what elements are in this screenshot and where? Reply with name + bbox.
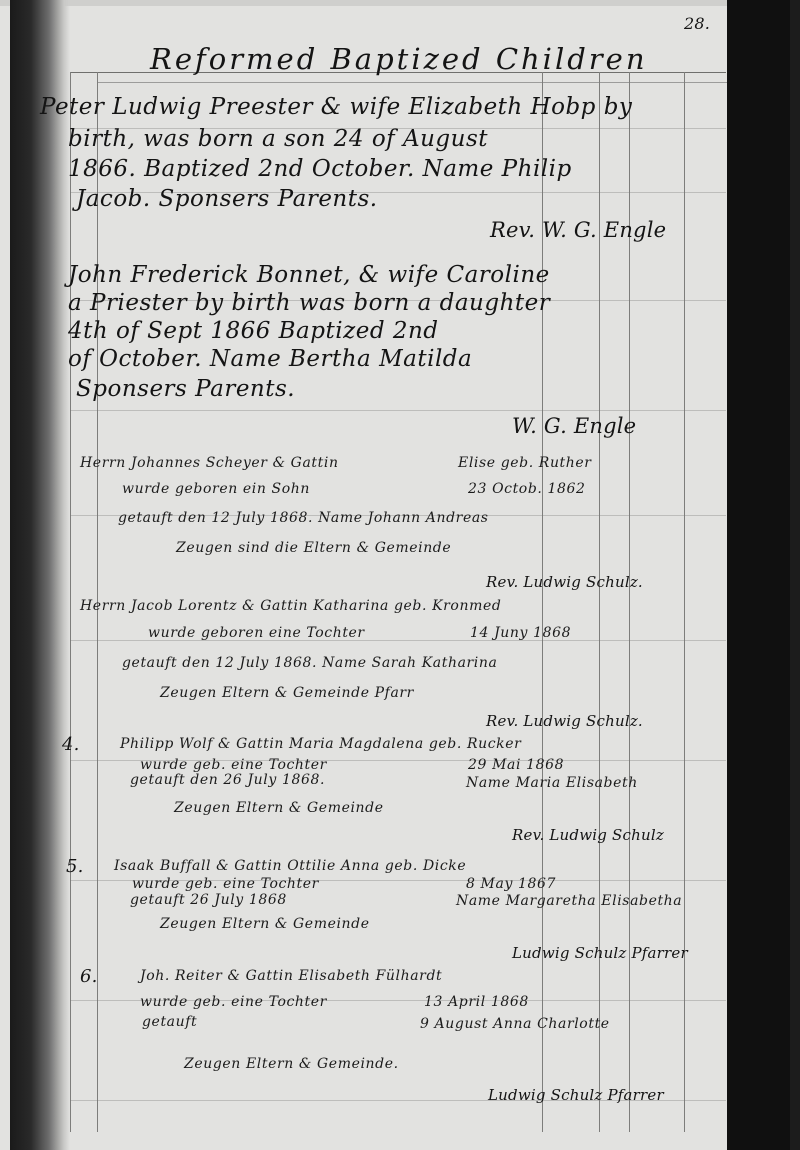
entry-line: Philipp Wolf & Gattin Maria Magdalena ge… bbox=[120, 736, 521, 752]
column-rule-4 bbox=[684, 72, 685, 1132]
officiant-signature: Rev. Ludwig Schulz. bbox=[486, 573, 643, 591]
officiant-signature: Ludwig Schulz Pfarrer bbox=[512, 944, 688, 962]
entry-line: 4th of Sept 1866 Baptized 2nd bbox=[68, 318, 439, 344]
entry-line: getauft 26 July 1868 bbox=[130, 892, 287, 908]
entry-right-line: 14 Juny 1868 bbox=[470, 625, 571, 641]
entry-line: a Priester by birth was born a daughter bbox=[68, 290, 550, 316]
entry-right-line: 8 May 1867 bbox=[466, 876, 556, 892]
register-page: 28. Reformed Baptized Children Peter Lud… bbox=[0, 0, 800, 1150]
ledger-line bbox=[70, 410, 726, 411]
entry-line: Zeugen Eltern & Gemeinde bbox=[174, 800, 384, 816]
officiant-signature: W. G. Engle bbox=[512, 414, 636, 438]
binding-shadow bbox=[10, 0, 70, 1150]
entry-line: getauft bbox=[142, 1014, 197, 1030]
page-top-edge bbox=[0, 0, 730, 6]
entry-line: getauft den 12 July 1868. Name Johann An… bbox=[118, 510, 489, 526]
entry-line: Joh. Reiter & Gattin Elisabeth Fülhardt bbox=[140, 968, 442, 984]
entry-line: of October. Name Bertha Matilda bbox=[68, 346, 472, 372]
entry-right-line: Elise geb. Ruther bbox=[458, 455, 592, 471]
column-header-rule bbox=[97, 82, 727, 83]
entry-line: wurde geb. eine Tochter bbox=[132, 876, 319, 892]
entry-line: getauft den 26 July 1868. bbox=[130, 772, 325, 788]
entry-line: Zeugen Eltern & Gemeinde bbox=[160, 916, 370, 932]
entry-line: Peter Ludwig Preester & wife Elizabeth H… bbox=[40, 94, 632, 120]
page-number: 28. bbox=[684, 14, 710, 33]
entry-line: Herrn Johannes Scheyer & Gattin bbox=[80, 455, 339, 471]
entry-line: Zeugen sind die Eltern & Gemeinde bbox=[176, 540, 451, 556]
entry-right-line: 29 Mai 1868 bbox=[468, 757, 564, 773]
entry-line: Herrn Jacob Lorentz & Gattin Katharina g… bbox=[80, 598, 501, 614]
entry-number: 4. bbox=[62, 734, 80, 755]
entry-line: Jacob. Sponsers Parents. bbox=[76, 186, 378, 212]
entry-line: John Frederick Bonnet, & wife Caroline bbox=[68, 262, 550, 288]
entry-right-line: Name Margaretha Elisabetha bbox=[456, 893, 682, 909]
entry-line: Zeugen Eltern & Gemeinde Pfarr bbox=[160, 685, 414, 701]
entry-number: 5. bbox=[66, 856, 84, 877]
officiant-signature: Rev. Ludwig Schulz bbox=[512, 826, 664, 844]
entry-line: wurde geb. eine Tochter bbox=[140, 994, 327, 1010]
page-title: Reformed Baptized Children bbox=[150, 42, 648, 76]
entry-line: Sponsers Parents. bbox=[76, 376, 295, 402]
entry-line: Zeugen Eltern & Gemeinde. bbox=[184, 1056, 399, 1072]
entry-right-line: 13 April 1868 bbox=[424, 994, 529, 1010]
entry-line: 1866. Baptized 2nd October. Name Philip bbox=[68, 156, 572, 182]
entry-line: wurde geb. eine Tochter bbox=[140, 757, 327, 773]
entry-line: wurde geboren eine Tochter bbox=[148, 625, 365, 641]
officiant-signature: Rev. W. G. Engle bbox=[490, 218, 666, 242]
entry-line: getauft den 12 July 1868. Name Sarah Kat… bbox=[122, 655, 497, 671]
entry-right-line: Name Maria Elisabeth bbox=[466, 775, 638, 791]
entry-number: 6. bbox=[80, 966, 98, 987]
margin-rule-1 bbox=[70, 72, 71, 1132]
scan-border-edge bbox=[790, 0, 800, 1150]
officiant-signature: Rev. Ludwig Schulz. bbox=[486, 712, 643, 730]
entry-line: Isaak Buffall & Gattin Ottilie Anna geb.… bbox=[114, 858, 466, 874]
entry-line: birth, was born a son 24 of August bbox=[68, 126, 488, 152]
entry-right-line: 23 Octob. 1862 bbox=[468, 481, 586, 497]
officiant-signature: Ludwig Schulz Pfarrer bbox=[488, 1086, 664, 1104]
entry-right-line: 9 August Anna Charlotte bbox=[420, 1016, 610, 1032]
entry-line: wurde geboren ein Sohn bbox=[122, 481, 310, 497]
